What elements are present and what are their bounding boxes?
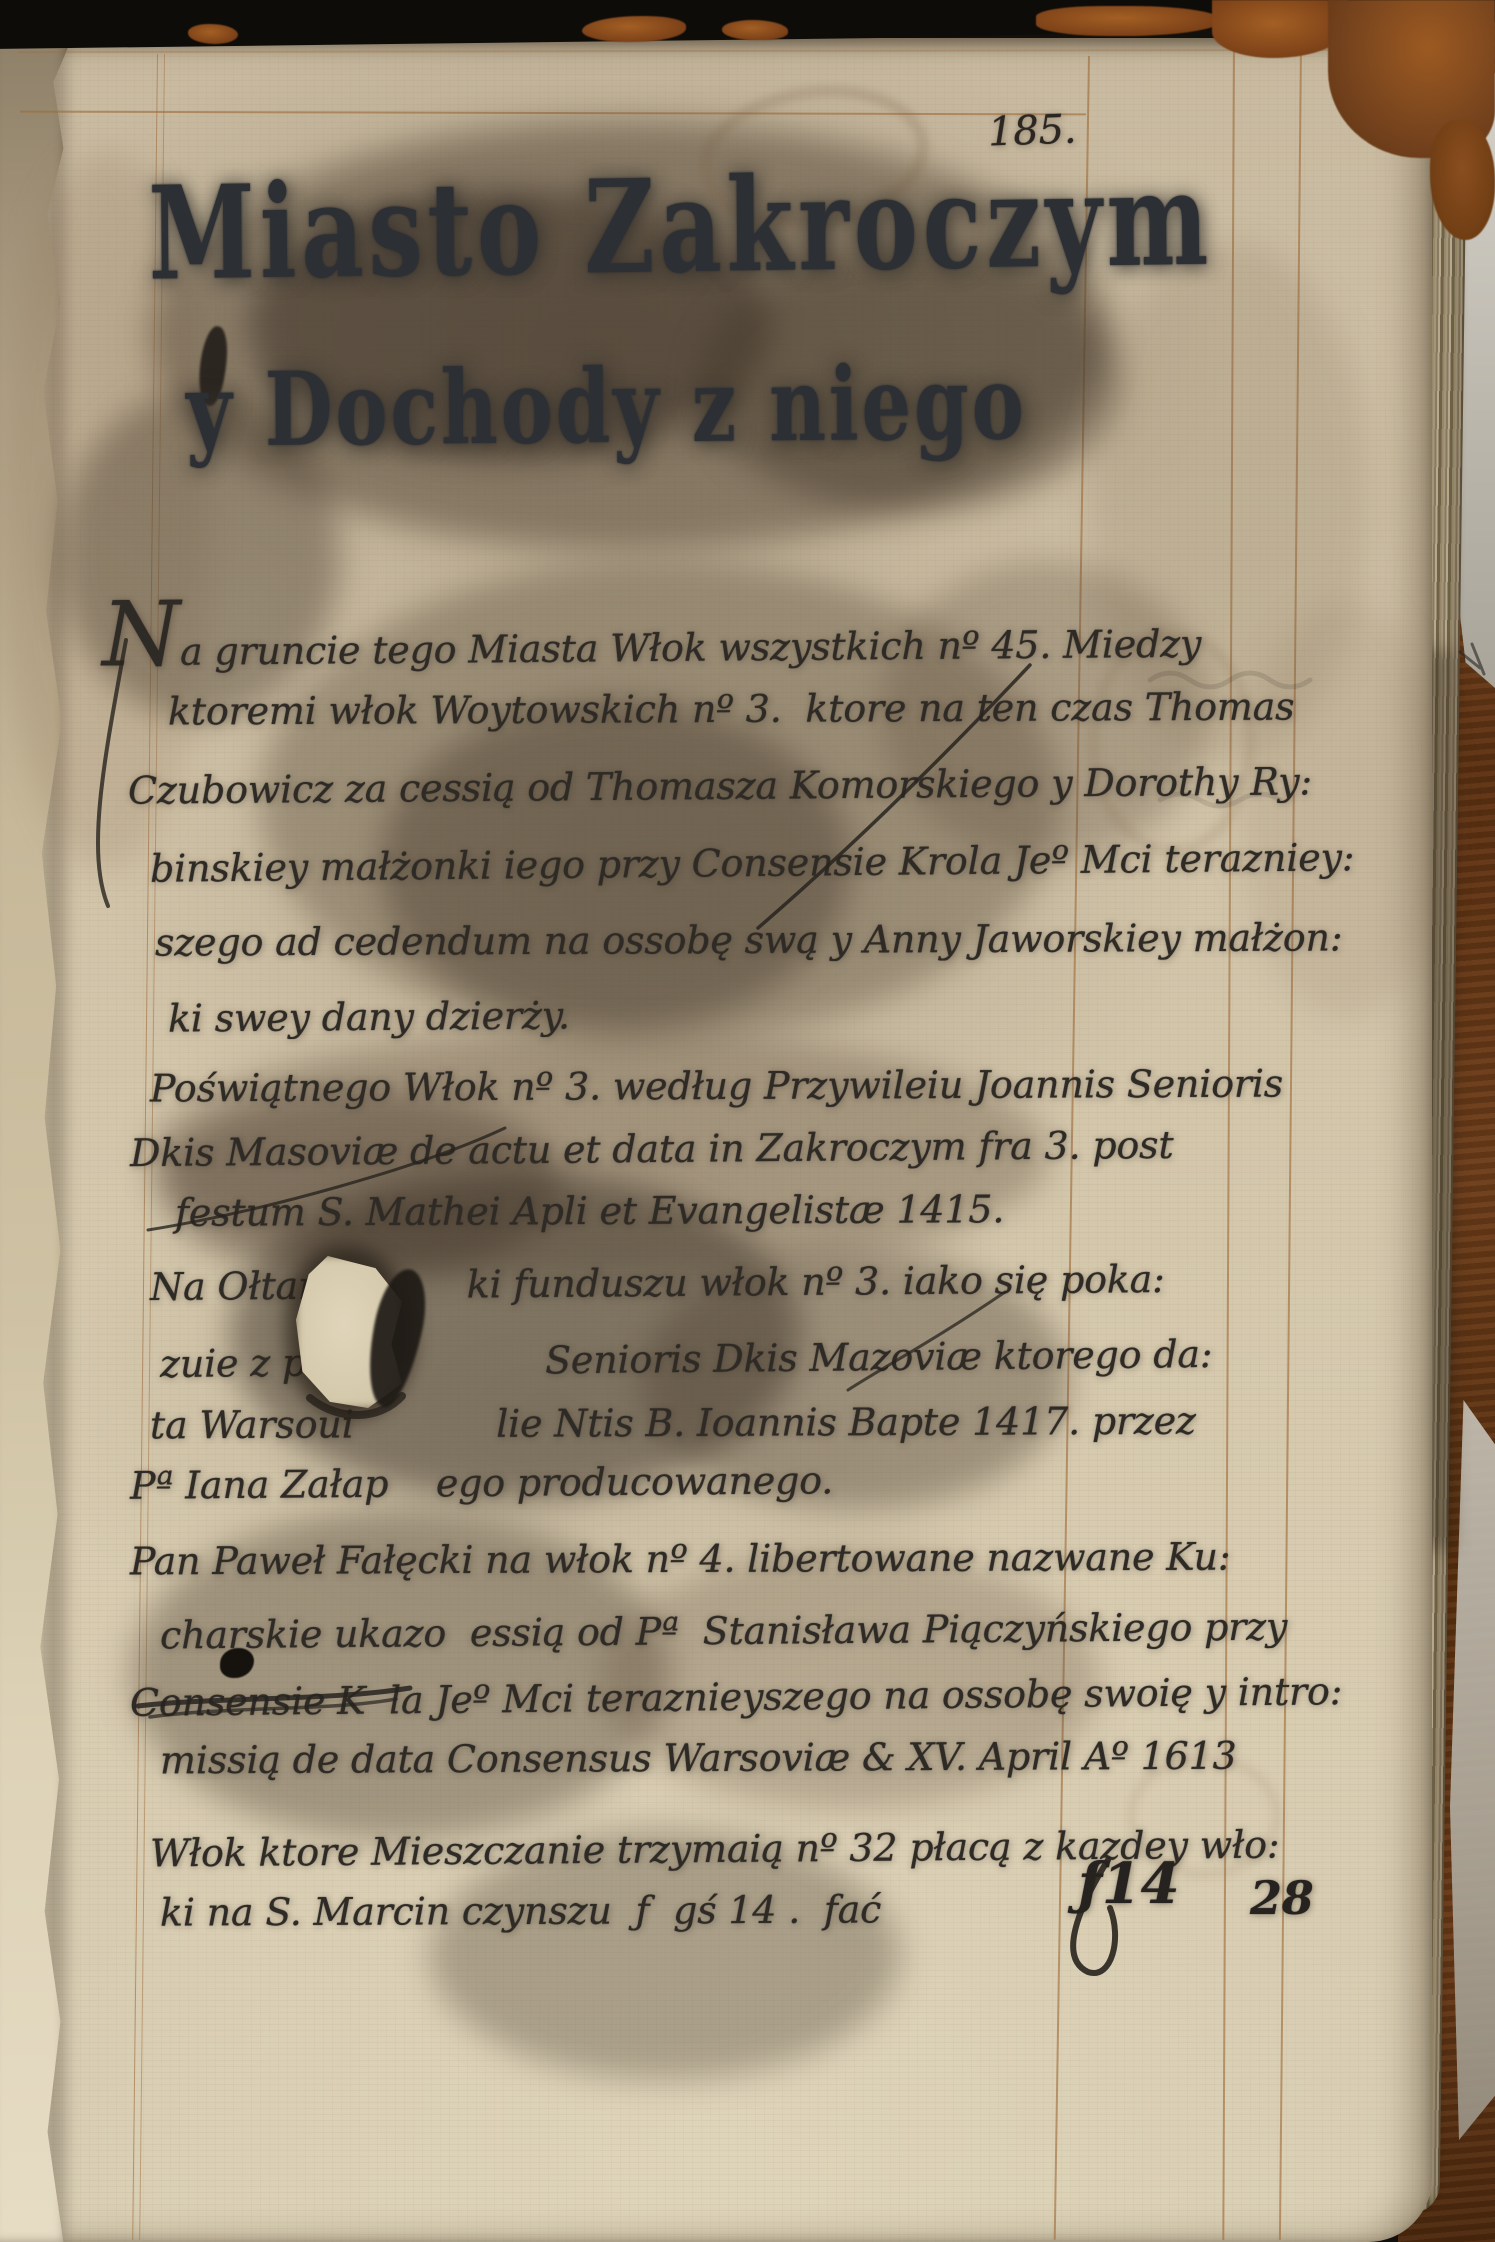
margin-amount-florins: ƒ14: [1078, 1852, 1179, 1916]
text-line: szego ad cedendum na ossobę swą y Anny J…: [155, 916, 1343, 965]
leather-fragment: [1036, 6, 1222, 36]
text-line: Pan Paweł Fałęcki na włok nº 4. libertow…: [130, 1536, 1231, 1584]
text-line: Poświątnego Włok nº 3. według Przywileiu…: [150, 1063, 1283, 1112]
text-line: ktoremi włok Woytowskich nº 3. ktore na …: [168, 686, 1295, 735]
margin-amount-groszy: 28: [1250, 1872, 1314, 1925]
text-line: Dkis Masoviæ de actu et data in Zakroczy…: [130, 1124, 1174, 1176]
text-line: festum S. Mathei Apli et Evangelistæ 141…: [175, 1188, 1004, 1235]
text-line: Czubowicz za cessią od Thomasza Komorski…: [128, 760, 1312, 813]
title-line-1: Miasto Zakroczym: [148, 143, 1214, 309]
text-line: ki swey dany dzierży.: [168, 994, 570, 1041]
text-line: Na gruncie tego Miasta Włok wszystkich n…: [102, 594, 1202, 675]
text-line: charskie ukazo essią od Pª Stanisława Pi…: [160, 1606, 1288, 1659]
text-line: ta Warsoui lie Ntis B. Ioannis Bapte 141…: [150, 1400, 1196, 1448]
book-photo: 185. Miasto Zakroczym y Dochody z niego …: [0, 0, 1495, 2242]
text-line: Pª Iana Załap ego producowanego.: [130, 1459, 833, 1508]
text-line: ki na S. Marcin czynszu ƒ gś 14 . fać: [160, 1888, 881, 1935]
leather-fragment: [722, 20, 788, 40]
title-line-2: y Dochody z niego: [186, 344, 1027, 470]
leather-fragment: [188, 24, 238, 44]
text-line: missią de data Consensus Warsoviæ & XV. …: [160, 1735, 1237, 1783]
